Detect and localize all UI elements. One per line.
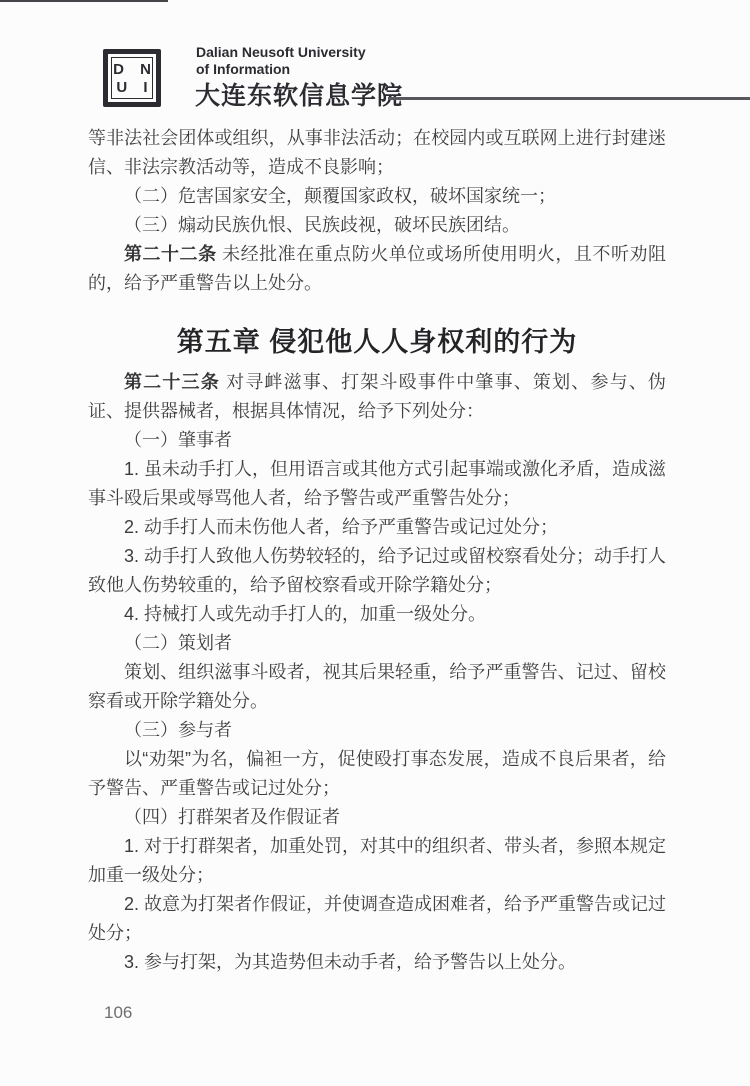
paragraph: （三）参与者 [88, 716, 666, 745]
dnui-logo: D N U I [103, 49, 161, 107]
article-number: 第二十三条 [124, 372, 220, 392]
logo-letters-row2: U I [110, 79, 153, 96]
dnui-logo-inner: D N U I [111, 57, 153, 99]
paragraph: （四）打群架者及作假证者 [88, 803, 666, 832]
chapter-title: 第五章 侵犯他人人身权利的行为 [88, 322, 666, 362]
paragraph: 3. 动手打人致他人伤势较轻的，给予记过或留校察看处分；动手打人致他人伤势较重的… [88, 542, 666, 600]
logo-letters-row1: D N [107, 61, 157, 78]
paragraph: （二）策划者 [88, 629, 666, 658]
university-name-english: Dalian Neusoft University of Information [196, 44, 366, 78]
header-divider-line [388, 97, 750, 100]
paragraph: 3. 参与打架，为其造势但未动手者，给予警告以上处分。 [88, 948, 666, 977]
article-number: 第二十二条 [124, 244, 217, 264]
paragraph: 2. 动手打人而未伤他人者，给予严重警告或记过处分； [88, 513, 666, 542]
page-number: 106 [104, 1002, 132, 1024]
paragraph: 策划、组织滋事斗殴者，视其后果轻重，给予严重警告、记过、留校察看或开除学籍处分。 [88, 658, 666, 716]
paragraph: 以“劝架”为名，偏袒一方，促使殴打事态发展，造成不良后果者，给予警告、严重警告或… [88, 745, 666, 803]
paragraph: 第二十三条 对寻衅滋事、打架斗殴事件中肇事、策划、参与、伪证、提供器械者，根据具… [88, 368, 666, 426]
university-name-chinese: 大连东软信息学院 [195, 80, 403, 112]
paragraph: 1. 虽未动手打人，但用语言或其他方式引起事端或激化矛盾，造成滋事斗殴后果或辱骂… [88, 455, 666, 513]
paragraph: 等非法社会团体或组织，从事非法活动；在校园内或互联网上进行封建迷信、非法宗教活动… [88, 124, 666, 182]
paragraph: 2. 故意为打架者作假证，并使调查造成困难者，给予严重警告或记过处分； [88, 890, 666, 948]
page-header: D N U I Dalian Neusoft University of Inf… [0, 0, 750, 120]
document-page: D N U I Dalian Neusoft University of Inf… [0, 0, 750, 1086]
paragraph: 4. 持械打人或先动手打人的，加重一级处分。 [88, 600, 666, 629]
document-body: 等非法社会团体或组织，从事非法活动；在校园内或互联网上进行封建迷信、非法宗教活动… [88, 124, 666, 977]
paragraph: （一）肇事者 [88, 426, 666, 455]
paragraph: 1. 对于打群架者，加重处罚，对其中的组织者、带头者，参照本规定加重一级处分； [88, 832, 666, 890]
paragraph: （三）煽动民族仇恨、民族歧视，破坏民族团结。 [88, 211, 666, 240]
university-name-en-line2: of Information [196, 61, 366, 78]
paragraph: 第二十二条 未经批准在重点防火单位或场所使用明火，且不听劝阻的，给予严重警告以上… [88, 240, 666, 298]
university-name-en-line1: Dalian Neusoft University [196, 44, 366, 61]
paragraph: （二）危害国家安全，颠覆国家政权，破坏国家统一； [88, 182, 666, 211]
